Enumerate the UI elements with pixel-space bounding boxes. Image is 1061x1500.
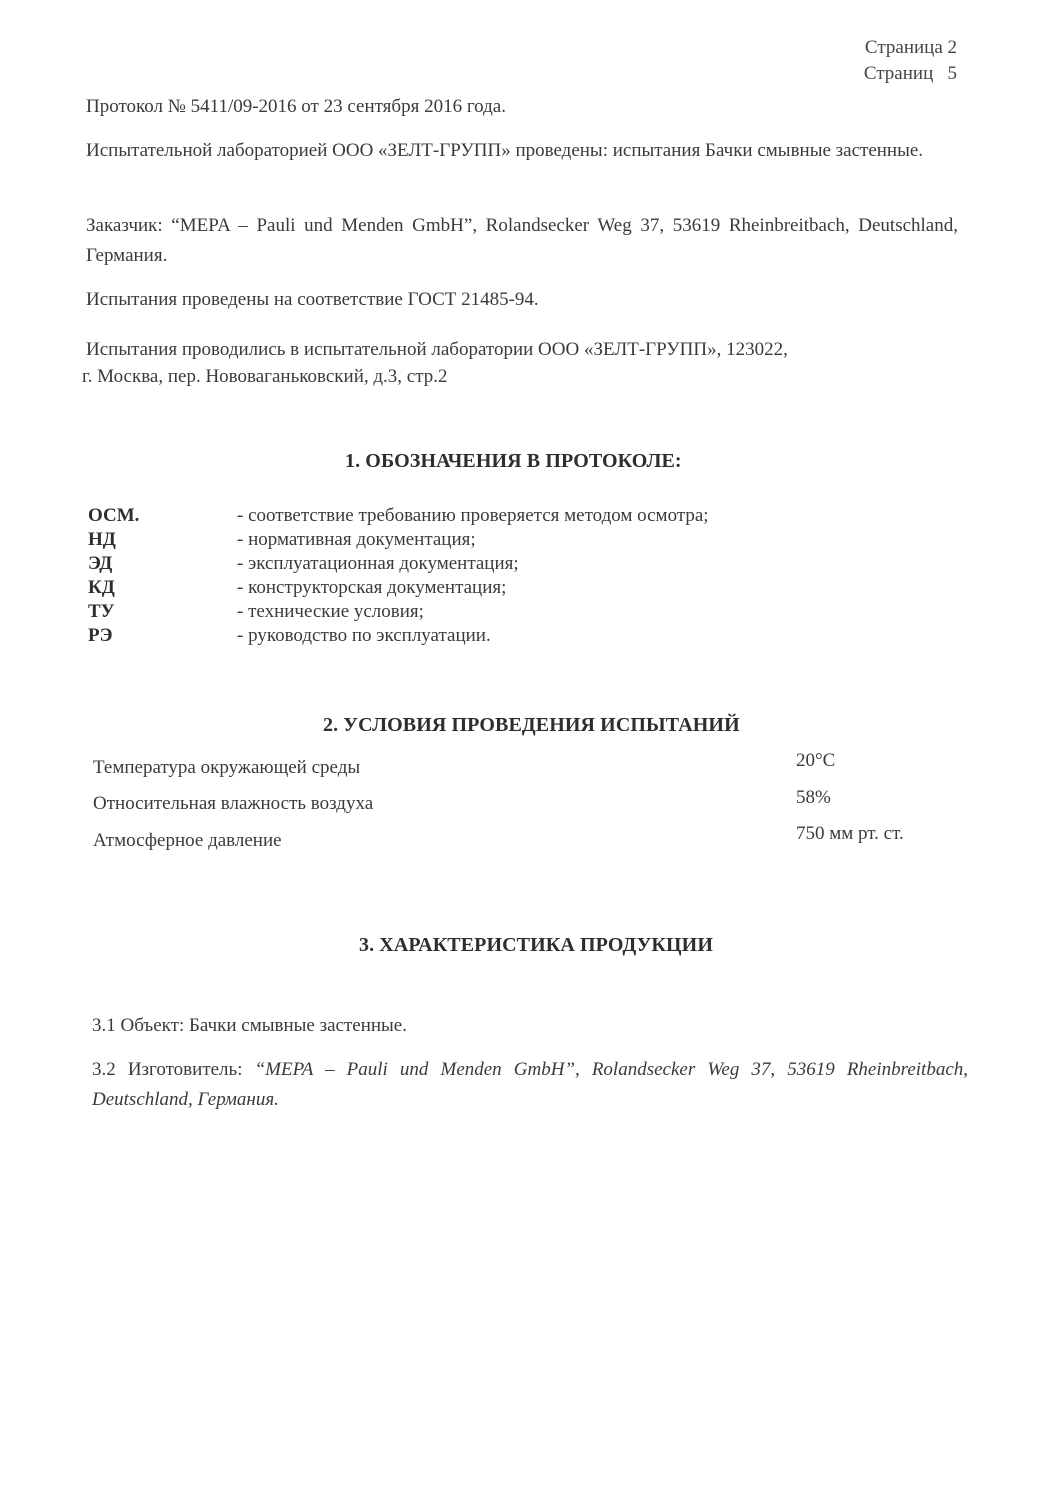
page-number: Страница 2 [864, 35, 957, 61]
condition-label-temperature: Температура окружающей среды [93, 757, 360, 779]
abbreviation-key: ЭД [88, 552, 112, 576]
page-counter: Страница 2 Страниц 5 [864, 35, 957, 87]
total-pages: Страниц 5 [864, 61, 957, 87]
standard-statement: Испытания проведены на соответствие ГОСТ… [86, 285, 958, 315]
section-2-title: 2. УСЛОВИЯ ПРОВЕДЕНИЯ ИСПЫТАНИЙ [323, 714, 740, 737]
product-object: 3.1 Объект: Бачки смывные застенные. [92, 1011, 964, 1041]
section-1-title: 1. ОБОЗНАЧЕНИЯ В ПРОТОКОЛЕ: [345, 450, 682, 473]
customer-statement: Заказчик: “MEPA – Pauli und Menden GmbH”… [86, 211, 958, 271]
condition-label-humidity: Относительная влажность воздуха [93, 793, 373, 815]
protocol-number: Протокол № 5411/09-2016 от 23 сентября 2… [86, 92, 958, 122]
manufacturer-label: 3.2 Изготовитель: [92, 1059, 242, 1080]
abbreviation-desc: - эксплуатационная документация; [237, 552, 519, 576]
abbreviation-desc: - соответствие требованию проверяется ме… [237, 504, 709, 528]
product-manufacturer: 3.2 Изготовитель: “MEPA – Pauli und Mend… [92, 1055, 968, 1115]
abbreviation-key: ОСМ. [88, 504, 139, 528]
abbreviation-key: НД [88, 528, 116, 552]
abbreviation-desc: - конструкторская документация; [237, 576, 506, 600]
abbreviation-desc: - технические условия; [237, 600, 424, 624]
condition-value-humidity: 58% [796, 787, 831, 809]
abbreviation-key: КД [88, 576, 115, 600]
abbreviation-key: РЭ [88, 624, 113, 648]
abbreviation-key: ТУ [88, 600, 115, 624]
section-3-title: 3. ХАРАКТЕРИСТИКА ПРОДУКЦИИ [359, 934, 713, 957]
condition-value-temperature: 20°C [796, 750, 835, 772]
abbreviation-desc: - нормативная документация; [237, 528, 476, 552]
abbreviation-desc: - руководство по эксплуатации. [237, 624, 491, 648]
condition-label-pressure: Атмосферное давление [93, 830, 282, 852]
lab-statement: Испытательной лабораторией ООО «ЗЕЛТ-ГРУ… [86, 136, 958, 166]
condition-value-pressure: 750 мм рт. ст. [796, 823, 904, 845]
location-line-2: г. Москва, пер. Нововаганьковский, д.3, … [82, 362, 954, 392]
location-line-1: Испытания проводились в испытательной ла… [86, 335, 958, 365]
